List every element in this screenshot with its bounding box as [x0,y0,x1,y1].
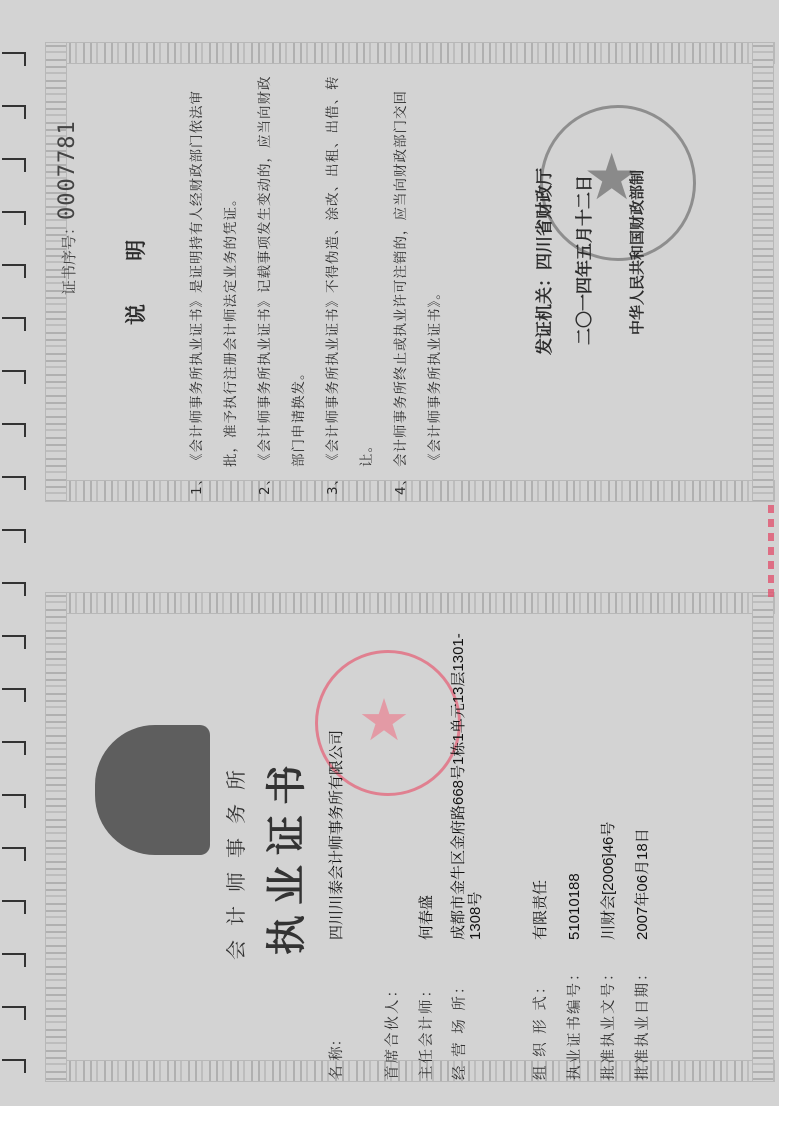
binding-mark [2,1006,26,1008]
note-item: 1、《会计师事务所执业证书》是证明持有人经财政部门依法审批，准予执行注册会计师法… [180,65,248,495]
binding-mark [2,635,26,637]
field-approval-date: 批准执业日期：2007年06月18日 [626,620,660,1080]
field-approval-document: 批准执业文号：川财会[2006]46号 [592,620,626,1080]
explanation-page: 证书序号：0007781 说 明 1、《会计师事务所执业证书》是证明持有人经财政… [55,45,755,495]
note-text: 《会计师事务所执业证书》不得伪造、涂改、出租、出借、转让。 [325,76,375,468]
issuer-line: 发证机关：四川省财政厅 [525,65,565,495]
note-number: 3、 [316,471,350,495]
note-item: 3、《会计师事务所执业证书》不得伪造、涂改、出租、出借、转让。 [316,65,384,495]
binding-mark [2,317,26,319]
note-item: 4、会计师事务所终止或执业许可注销的，应当向财政部门交回《会计师事务所执业证书》… [384,65,452,495]
binding-mark [2,1059,26,1061]
field-label: 主任会计师： [411,940,444,1080]
note-number: 1、 [180,471,214,495]
field-value: 成都市金牛区金府路668号1栋1单元13层1301-1308号 [444,630,484,940]
note-item: 2、《会计师事务所执业证书》记载事项发生变动的，应当向财政部门申请换发。 [248,65,316,495]
footer-maker: 中华人民共和国财政部制 [617,65,657,495]
binding-mark [2,370,26,372]
serial-value: 0007781 [55,120,80,220]
binding-mark [2,52,26,54]
binding-mark [2,741,26,743]
field-chief-accountant: 主任会计师：何春盛 [410,620,444,1080]
binding-mark [2,794,26,796]
note-number: 2、 [248,471,282,495]
note-number: 4、 [384,471,418,495]
binding-mark [2,900,26,902]
avatar-placeholder-icon [95,725,210,855]
meander-border-right [752,42,774,502]
note-text: 会计师事务所终止或执业许可注销的，应当向财政部门交回《会计师事务所执业证书》。 [393,90,443,467]
binding-mark [2,105,26,107]
binding-mark [2,529,26,531]
scanned-document: ★ ★ 证书序号：0007781 说 明 1、《会计师事务所执业证书》是证明持有… [0,0,779,1106]
binding-mark [2,211,26,213]
field-value: 四川川泰会计师事务所有限公司 [328,730,345,940]
field-label: 首席合伙人： [377,940,410,1080]
field-label: 经 营 场 所： [444,940,477,1080]
field-value: 川财会[2006]46号 [600,822,617,940]
field-value: 51010188 [566,873,583,940]
issuer-label: 发证机关： [535,270,555,355]
red-ink-mark [768,505,774,600]
field-organization-form: 组 织 形 式：有限责任 [524,620,558,1080]
meander-border-right [752,592,774,1082]
binding-mark [2,847,26,849]
binding-margin [0,0,30,1106]
binding-mark [2,582,26,584]
field-label: 名 称： [321,940,354,1080]
certificate-subtitle: 会计师事务所 [220,756,249,960]
field-business-address: 经 营 场 所：成都市金牛区金府路668号1栋1单元13层1301-1308号 [444,620,484,1080]
field-label: 组 织 形 式： [525,940,558,1080]
binding-mark [2,476,26,478]
field-license-number: 执业证书编号：51010188 [558,620,592,1080]
serial-number: 证书序号：0007781 [55,120,80,295]
field-value: 有限责任 [532,880,549,940]
binding-mark [2,953,26,955]
field-chief-partner: 首席合伙人： [376,620,410,1080]
note-text: 《会计师事务所执业证书》是证明持有人经财政部门依法审批，准予执行注册会计师法定业… [189,90,239,467]
binding-mark [2,264,26,266]
notes-list: 1、《会计师事务所执业证书》是证明持有人经财政部门依法审批，准予执行注册会计师法… [180,65,452,495]
page-heading: 说 明 [120,222,150,325]
issue-date: 二〇一四年五月十二日 [565,65,605,495]
field-value: 何春盛 [418,895,435,940]
certificate-title: 执业证书 [255,755,312,955]
field-label: 批准执业文号： [593,940,626,1080]
field-value: 2007年06月18日 [634,828,651,940]
serial-label: 证书序号： [60,220,78,295]
field-label: 批准执业日期： [627,940,660,1080]
certificate-fields: 名 称：四川川泰会计师事务所有限公司 首席合伙人： 主任会计师：何春盛 经 营 … [320,620,660,1080]
issuer-name: 四川省财政厅 [535,168,555,270]
binding-mark [2,158,26,160]
field-label: 执业证书编号： [559,940,592,1080]
binding-mark [2,423,26,425]
issuer-block: 发证机关：四川省财政厅 二〇一四年五月十二日 中华人民共和国财政部制 [525,65,657,495]
field-name: 名 称：四川川泰会计师事务所有限公司 [320,620,354,1080]
note-text: 《会计师事务所执业证书》记载事项发生变动的，应当向财政部门申请换发。 [257,76,307,468]
certificate-page: 会计师事务所 执业证书 名 称：四川川泰会计师事务所有限公司 首席合伙人： 主任… [55,600,755,1080]
binding-mark [2,688,26,690]
